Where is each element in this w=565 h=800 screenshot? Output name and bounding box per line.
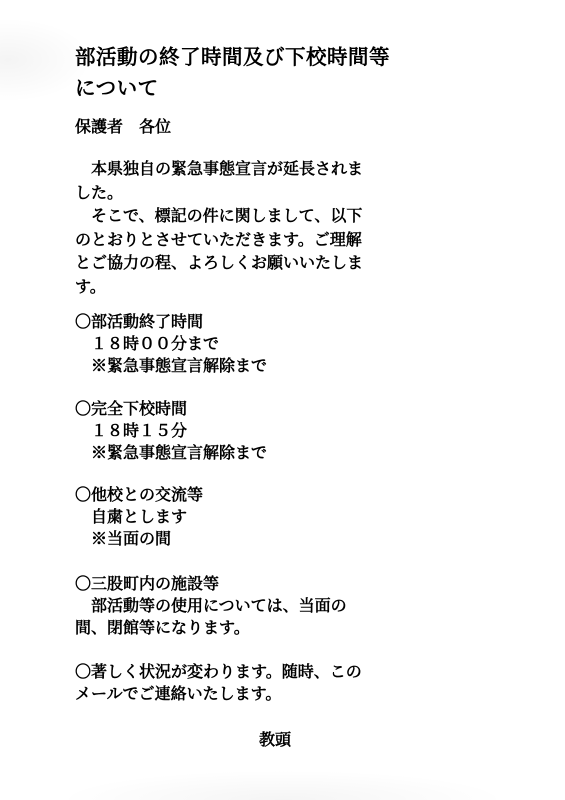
section-club-end-time: 〇部活動終了時間 １８時００分まで ※緊急事態宣言解除まで [75, 312, 267, 378]
section-status-change-notice: 〇著しく状況が変わります。随時、この メールでご連絡いたします。 [75, 662, 362, 706]
intro-paragraph: 本県独自の緊急事態宣言が延長されま した。 そこで、標記の件に関しまして、以下 … [75, 158, 363, 299]
greeting-line: 保護者 各位 [75, 114, 171, 137]
signature-vice-principal: 教頭 [75, 727, 475, 750]
section-complete-leave-time: 〇完全下校時間 １８時１５分 ※緊急事態宣言解除まで [75, 399, 267, 465]
notice-document-page: 部活動の終了時間及び下校時間等 について 保護者 各位 本県独自の緊急事態宣言が… [0, 0, 565, 800]
section-other-school-exchange: 〇他校との交流等 自粛とします ※当面の間 [75, 485, 203, 551]
document-title: 部活動の終了時間及び下校時間等 について [75, 42, 390, 104]
section-town-facilities: 〇三股町内の施設等 部活動等の使用については、当面の 間、閉館等になります。 [75, 574, 347, 640]
